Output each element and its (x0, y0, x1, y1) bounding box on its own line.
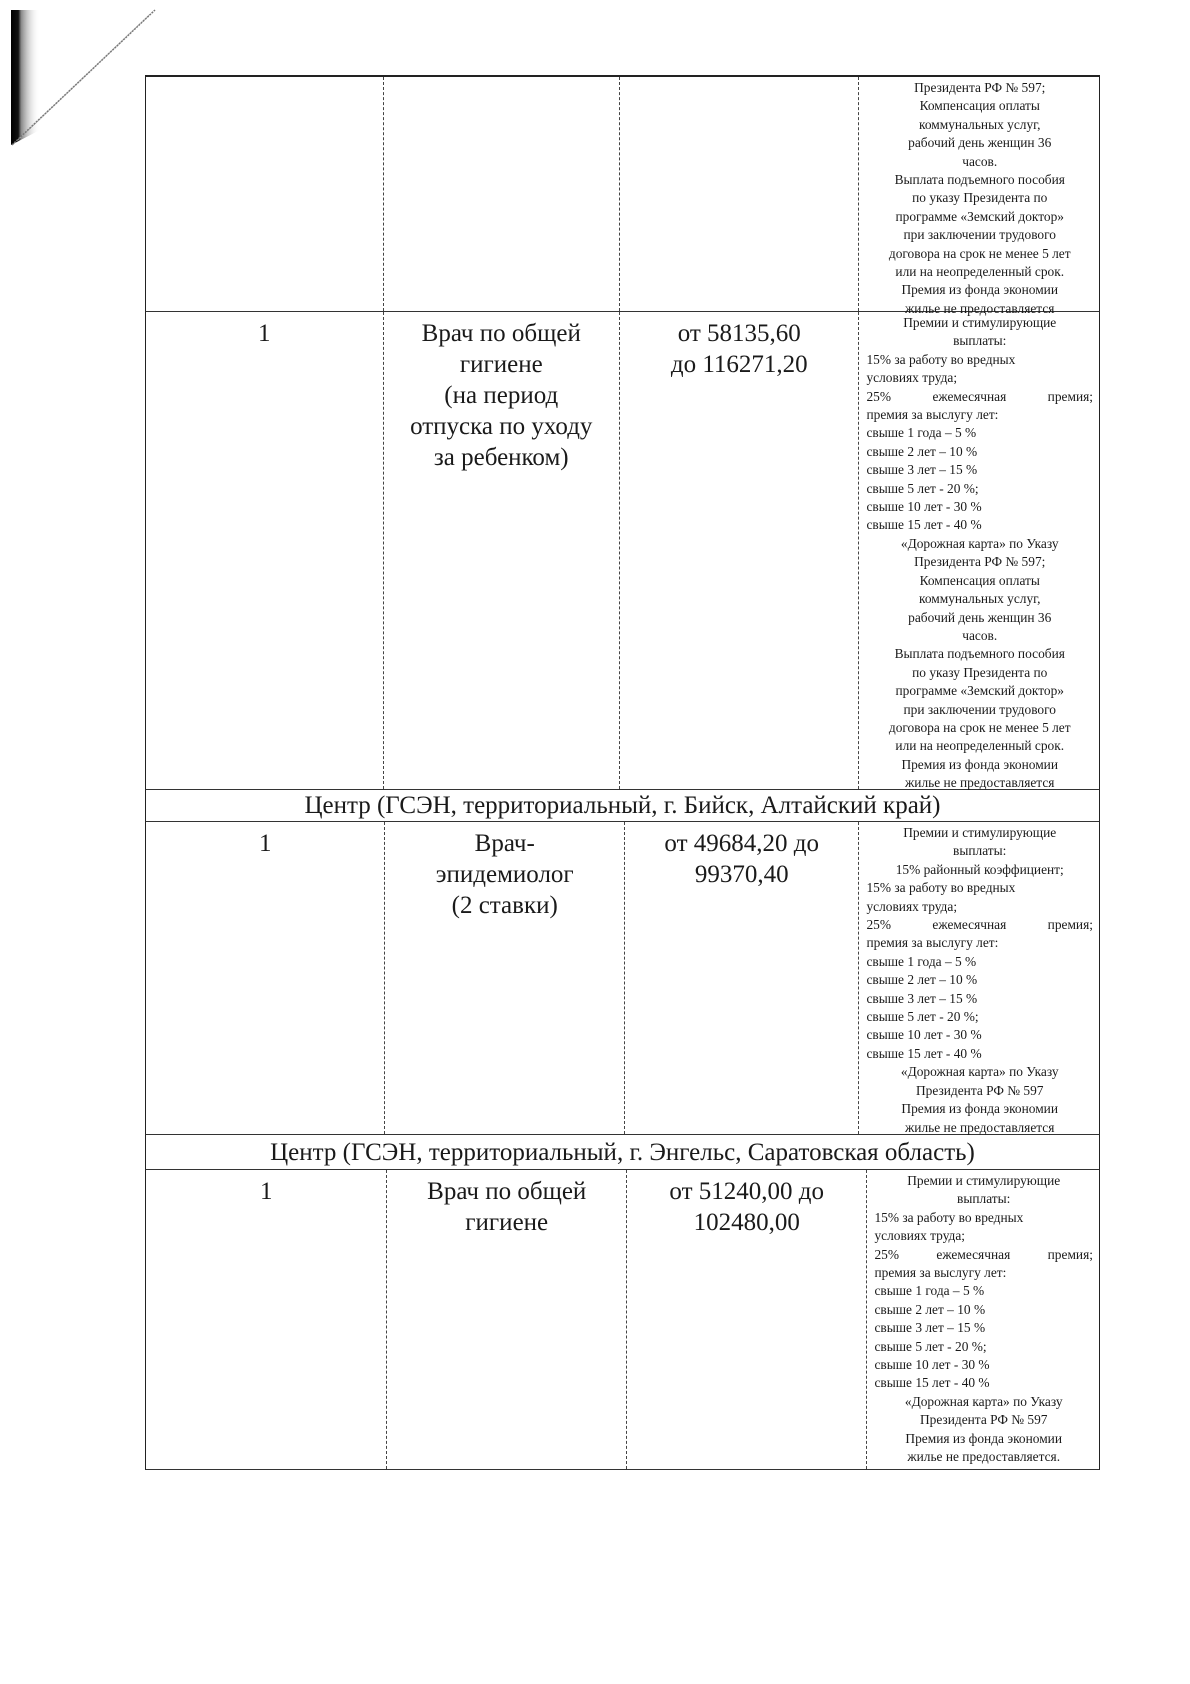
benefit-line: договора на срок не менее 5 лет (866, 245, 1093, 263)
salary-cell: от 49684,20 до99370,40 (625, 822, 860, 1134)
benefit-line: свыше 15 лет - 40 % (866, 516, 1093, 534)
count-cell: 1 (146, 1170, 387, 1469)
position-cell: Врач по общейгигиене (387, 1170, 626, 1469)
benefits-cell: Премии и стимулирующиевыплаты:15% районн… (859, 822, 1099, 1134)
benefit-line: или на неопределенный срок. (866, 737, 1093, 755)
benefit-line: или на неопределенный срок. (866, 263, 1093, 281)
benefit-line: Премия из фонда экономии (866, 281, 1093, 299)
benefits-cell: Премии и стимулирующиевыплаты:15% за раб… (859, 312, 1099, 789)
salary-cell (620, 77, 859, 311)
benefit-line: часов. (866, 627, 1093, 645)
table-row: 1 Врач по общейгигиене от 51240,00 до102… (145, 1170, 1100, 1470)
benefit-line: Премии и стимулирующие (874, 1172, 1093, 1190)
cell-line: 102480,00 (627, 1207, 866, 1238)
benefit-line: свыше 3 лет – 15 % (866, 990, 1093, 1008)
section-header-row: Центр (ГСЭН, территориальный, г. Энгельс… (145, 1135, 1100, 1170)
benefit-line: 25%ежемесячнаяпремия; (874, 1246, 1093, 1264)
position-cell (384, 77, 621, 311)
cell-line: гигиене (387, 1207, 625, 1238)
benefit-line: 15% за работу во вредных (874, 1209, 1093, 1227)
table-row-continuation: Президента РФ № 597;Компенсация оплатыко… (145, 75, 1100, 312)
cell-line: (на период (384, 380, 620, 411)
benefit-line: выплаты: (866, 842, 1093, 860)
position-cell: Врач-эпидемиолог(2 ставки) (385, 822, 624, 1134)
table-row: 1 Врач-эпидемиолог(2 ставки) от 49684,20… (145, 822, 1100, 1135)
benefit-line: свыше 3 лет – 15 % (874, 1319, 1093, 1337)
benefit-line: Премия из фонда экономии (874, 1430, 1093, 1448)
benefit-line: 15% за работу во вредных (866, 879, 1093, 897)
benefit-line: 15% за работу во вредных (866, 351, 1093, 369)
benefit-line: свыше 1 года – 5 % (866, 953, 1093, 971)
cell-line: за ребенком) (384, 442, 620, 473)
benefit-line: при заключении трудового (866, 701, 1093, 719)
benefit-line: жилье не предоставляется. (874, 1448, 1093, 1466)
position-cell: Врач по общейгигиене(на периодотпуска по… (384, 312, 621, 789)
benefit-line: условиях труда; (866, 369, 1093, 387)
benefit-line: свыше 3 лет – 15 % (866, 461, 1093, 479)
benefit-line: свыше 2 лет – 10 % (866, 443, 1093, 461)
benefit-line: условиях труда; (866, 898, 1093, 916)
benefit-line: Премии и стимулирующие (866, 314, 1093, 332)
benefit-line: коммунальных услуг, (866, 116, 1093, 134)
benefit-line: по указу Президента по (866, 189, 1093, 207)
benefit-line: «Дорожная карта» по Указу (866, 535, 1093, 553)
section-title: Центр (ГСЭН, территориальный, г. Бийск, … (146, 790, 1099, 821)
cell-line: от 58135,60 (620, 318, 858, 349)
benefit-line: свыше 10 лет - 30 % (866, 498, 1093, 516)
count-cell (146, 77, 384, 311)
benefit-line: премия за выслугу лет: (874, 1264, 1093, 1282)
benefit-line: договора на срок не менее 5 лет (866, 719, 1093, 737)
benefit-line: Президента РФ № 597 (866, 1082, 1093, 1100)
cell-line: Врач по общей (384, 318, 620, 349)
benefit-line: часов. (866, 153, 1093, 171)
benefit-line: коммунальных услуг, (866, 590, 1093, 608)
benefit-line: свыше 5 лет - 20 %; (874, 1338, 1093, 1356)
vacancy-table: Президента РФ № 597;Компенсация оплатыко… (145, 75, 1100, 1470)
benefit-line: свыше 10 лет - 30 % (874, 1356, 1093, 1374)
benefit-line: Премия из фонда экономии (866, 756, 1093, 774)
benefit-line: свыше 5 лет - 20 %; (866, 1008, 1093, 1026)
benefit-line: Компенсация оплаты (866, 97, 1093, 115)
benefit-line: условиях труда; (874, 1227, 1093, 1245)
cell-line: (2 ставки) (385, 890, 623, 921)
benefit-line: свыше 2 лет – 10 % (874, 1301, 1093, 1319)
benefit-line: свыше 15 лет - 40 % (866, 1045, 1093, 1063)
section-header-row: Центр (ГСЭН, территориальный, г. Бийск, … (145, 790, 1100, 822)
benefit-line: по указу Президента по (866, 664, 1093, 682)
benefit-line: «Дорожная карта» по Указу (866, 1063, 1093, 1081)
benefit-line: премия за выслугу лет: (866, 934, 1093, 952)
benefit-line: «Дорожная карта» по Указу (874, 1393, 1093, 1411)
benefit-line: Выплата подъемного пособия (866, 171, 1093, 189)
cell-line: Врач по общей (387, 1176, 625, 1207)
benefit-line: премия за выслугу лет: (866, 406, 1093, 424)
cell-line: эпидемиолог (385, 859, 623, 890)
benefit-line: выплаты: (874, 1190, 1093, 1208)
cell-line: от 49684,20 до (625, 828, 859, 859)
benefit-line: рабочий день женщин 36 (866, 134, 1093, 152)
benefit-line: 15% районный коэффициент; (866, 861, 1093, 879)
benefit-line: свыше 1 года – 5 % (874, 1282, 1093, 1300)
cell-line: отпуска по уходу (384, 411, 620, 442)
benefit-line: свыше 2 лет – 10 % (866, 971, 1093, 989)
benefit-line: свыше 5 лет - 20 %; (866, 480, 1093, 498)
cell-line: 99370,40 (625, 859, 859, 890)
benefit-line: рабочий день женщин 36 (866, 609, 1093, 627)
benefit-line: Президента РФ № 597; (866, 553, 1093, 571)
benefit-line: программе «Земский доктор» (866, 682, 1093, 700)
benefit-line: Президента РФ № 597 (874, 1411, 1093, 1429)
cell-line: Врач- (385, 828, 623, 859)
cell-line: гигиене (384, 349, 620, 380)
cell-line: до 116271,20 (620, 349, 858, 380)
benefit-line: Премии и стимулирующие (866, 824, 1093, 842)
salary-cell: от 58135,60до 116271,20 (620, 312, 859, 789)
benefit-line: Выплата подъемного пособия (866, 645, 1093, 663)
benefit-line: Компенсация оплаты (866, 572, 1093, 590)
benefit-line: свыше 1 года – 5 % (866, 424, 1093, 442)
benefit-line: при заключении трудового (866, 226, 1093, 244)
benefit-line: Премия из фонда экономии (866, 1100, 1093, 1118)
section-title: Центр (ГСЭН, территориальный, г. Энгельс… (146, 1135, 1099, 1169)
count-cell: 1 (146, 312, 384, 789)
cell-line: от 51240,00 до (627, 1176, 866, 1207)
benefit-line: программе «Земский доктор» (866, 208, 1093, 226)
salary-cell: от 51240,00 до102480,00 (627, 1170, 867, 1469)
benefit-line: 25%ежемесячнаяпремия; (866, 388, 1093, 406)
count-cell: 1 (146, 822, 385, 1134)
benefit-line: свыше 15 лет - 40 % (874, 1374, 1093, 1392)
benefit-line: выплаты: (866, 332, 1093, 350)
table-row: 1 Врач по общейгигиене(на периодотпуска … (145, 312, 1100, 790)
benefit-line: Президента РФ № 597; (866, 79, 1093, 97)
benefits-cell: Президента РФ № 597;Компенсация оплатыко… (859, 77, 1099, 311)
benefit-line: свыше 10 лет - 30 % (866, 1026, 1093, 1044)
benefits-cell: Премии и стимулирующиевыплаты:15% за раб… (867, 1170, 1099, 1469)
benefit-line: 25%ежемесячнаяпремия; (866, 916, 1093, 934)
